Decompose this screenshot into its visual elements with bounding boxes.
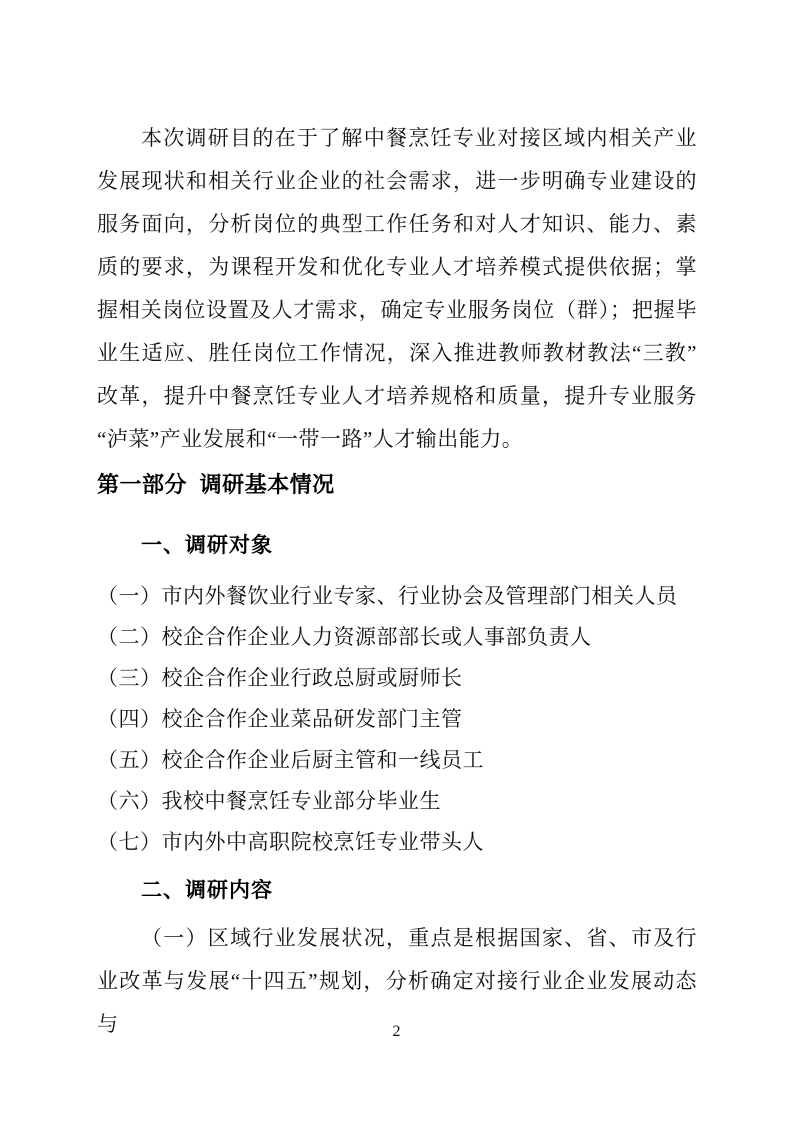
survey-target-item-6: （六）我校中餐烹饪专业部分毕业生 xyxy=(97,781,697,822)
intro-paragraph: 本次调研目的在于了解中餐烹饪专业对接区域内相关产业发展现状和相关行业企业的社会需… xyxy=(97,117,697,461)
survey-content-heading: 二、调研内容 xyxy=(97,870,697,910)
survey-targets-heading: 一、调研对象 xyxy=(97,525,697,565)
survey-target-item-2: （二）校企合作企业人力资源部部长或人事部负责人 xyxy=(97,617,697,658)
part1-heading: 第一部分 调研基本情况 xyxy=(97,469,697,501)
document-page: 本次调研目的在于了解中餐烹饪专业对接区域内相关产业发展现状和相关行业企业的社会需… xyxy=(0,0,793,1122)
survey-target-item-4: （四）校企合作企业菜品研发部门主管 xyxy=(97,699,697,740)
survey-target-item-7: （七）市内外中高职院校烹饪专业带头人 xyxy=(97,822,697,863)
survey-target-item-1: （一）市内外餐饮业行业专家、行业协会及管理部门相关人员 xyxy=(97,576,697,617)
page-number: 2 xyxy=(0,1022,793,1042)
survey-target-list: （一）市内外餐饮业行业专家、行业协会及管理部门相关人员 （二）校企合作企业人力资… xyxy=(97,576,697,863)
survey-target-item-5: （五）校企合作企业后厨主管和一线员工 xyxy=(97,740,697,781)
survey-target-item-3: （三）校企合作企业行政总厨或厨师长 xyxy=(97,658,697,699)
